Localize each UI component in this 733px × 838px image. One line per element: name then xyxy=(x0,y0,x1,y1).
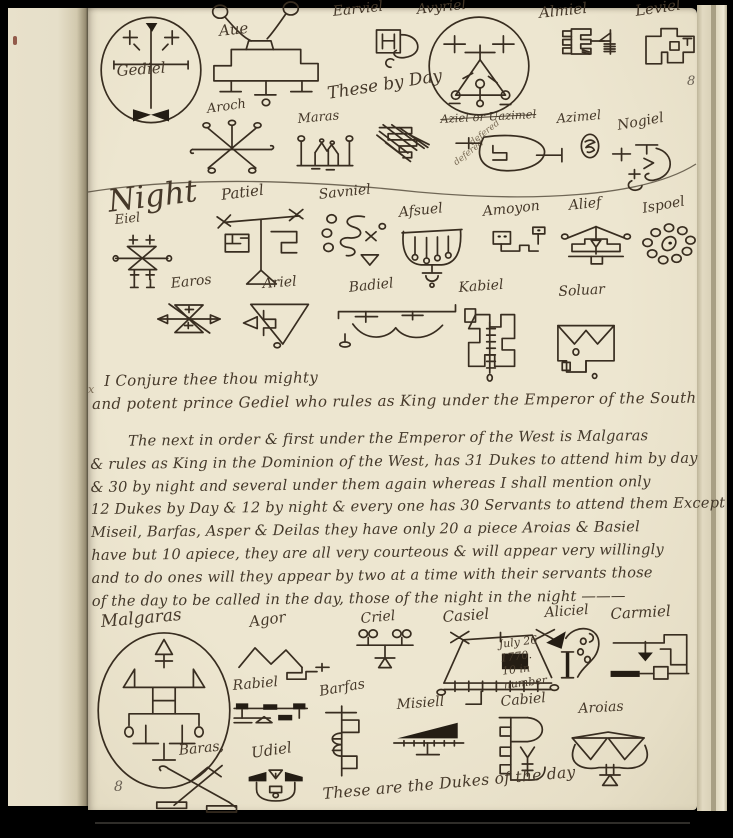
aroch-sigil xyxy=(188,116,276,178)
aroias-sigil xyxy=(564,718,656,792)
barfas-sigil xyxy=(314,702,380,784)
almiel-sigil xyxy=(548,24,626,74)
ariel-label: Ariel xyxy=(262,274,297,292)
azimel-sigil xyxy=(578,133,602,159)
rabiel-sigil xyxy=(228,696,316,742)
alief-sigil xyxy=(556,218,636,280)
soluar-label: Soluar xyxy=(558,282,605,300)
conjuration-line-1: I Conjure thee thou mighty xyxy=(104,368,318,390)
udiel-sigil xyxy=(244,764,310,820)
amoyon-sigil xyxy=(488,222,554,266)
misiell-sigil xyxy=(388,714,472,772)
carmiel-sigil xyxy=(604,628,698,696)
facing-page-edge xyxy=(8,8,88,806)
soluar-sigil xyxy=(550,308,622,388)
alief-label: Alief xyxy=(568,195,602,214)
ispoel-sigil xyxy=(640,222,698,270)
earviel-sigil xyxy=(362,18,428,78)
body-paragraph: The next in order & first under the Empe… xyxy=(90,424,724,613)
page-edge-band xyxy=(697,5,711,811)
page-edge-band-outer xyxy=(716,5,727,811)
leviel-sigil xyxy=(640,22,700,77)
misiell-label: Misiell xyxy=(396,694,445,713)
avyriel-sigil xyxy=(426,14,532,118)
eiel-label: Eiel xyxy=(114,210,141,228)
deferred-blob-sigil xyxy=(440,130,555,190)
date-annotation: July 26 1770. 10 in number xyxy=(498,633,548,692)
aliciel-sigil xyxy=(542,620,612,696)
criel-label: Criel xyxy=(360,608,396,627)
patiel-sigil xyxy=(210,204,312,296)
kabiel-label: Kabiel xyxy=(458,277,504,296)
ariel-sigil xyxy=(238,292,318,354)
page-number-top: 8 xyxy=(687,74,695,89)
afsuel-sigil xyxy=(398,222,466,290)
eiel-sigil xyxy=(112,232,174,298)
aue-sigil xyxy=(204,2,328,110)
aue-label: Aue xyxy=(218,19,249,40)
savniel-sigil xyxy=(316,210,394,278)
nogiel-sigil xyxy=(610,136,678,192)
baras-sigil xyxy=(152,755,248,817)
maras-sigil xyxy=(292,124,358,176)
page-number-bottom: 8 xyxy=(114,779,123,795)
manuscript-scan: These by Day Night Aziel or Uazimel defe… xyxy=(0,0,733,838)
scratched-sigil xyxy=(372,122,434,169)
aroias-label: Aroias xyxy=(578,699,624,717)
earos-sigil xyxy=(152,293,226,343)
gediel-label: Gediel xyxy=(116,59,166,80)
table-edge-line xyxy=(95,822,690,824)
badiel-sigil xyxy=(332,298,462,360)
kabiel-sigil xyxy=(460,304,522,386)
ink-speck xyxy=(13,36,17,45)
